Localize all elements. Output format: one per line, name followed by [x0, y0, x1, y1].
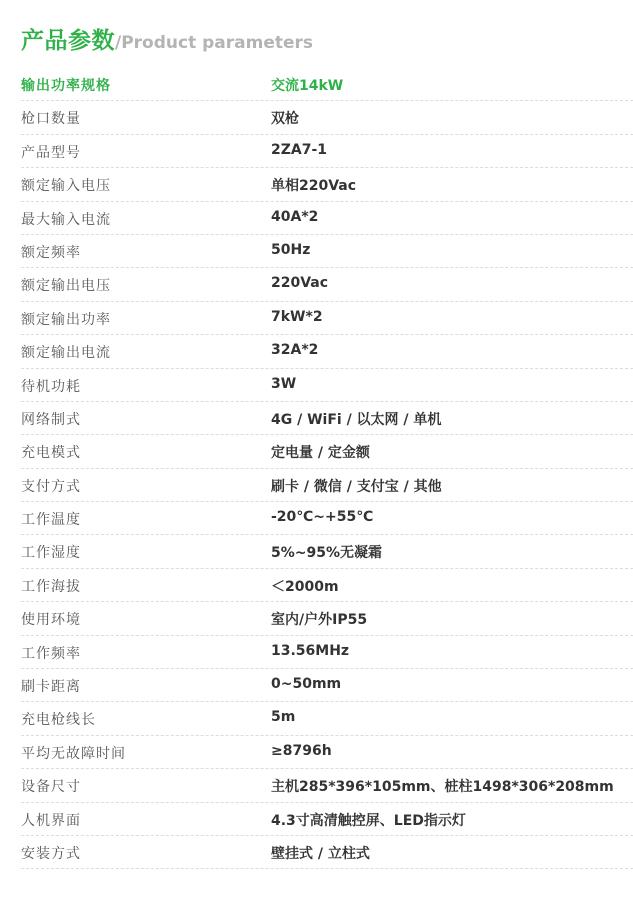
param-row: 充电模式定电量 / 定金额: [21, 435, 633, 468]
param-value: 13.56MHz: [271, 643, 349, 659]
param-value: 室内/户外IP55: [271, 609, 367, 629]
param-row: 安装方式壁挂式 / 立柱式: [21, 836, 633, 869]
param-row: 额定输入电压单相220Vac: [21, 168, 633, 201]
param-label: 额定输出电流: [21, 342, 111, 362]
param-row: 额定输出电流32A*2: [21, 335, 633, 368]
param-value: 交流14kW: [271, 75, 343, 95]
param-value: 32A*2: [271, 342, 318, 358]
param-row: 额定输出电压220Vac: [21, 268, 633, 301]
param-value: 定电量 / 定金额: [271, 442, 370, 462]
param-value: 双枪: [271, 108, 299, 128]
param-label: 枪口数量: [21, 108, 81, 128]
param-row: 工作频率13.56MHz: [21, 636, 633, 669]
param-row: 输出功率规格交流14kW: [21, 68, 633, 101]
param-value: 7kW*2: [271, 309, 323, 325]
param-row: 网络制式4G / WiFi / 以太网 / 单机: [21, 402, 633, 435]
param-label: 额定输出电压: [21, 275, 111, 295]
param-label: 刷卡距离: [21, 676, 81, 696]
param-label: 支付方式: [21, 476, 81, 496]
param-label: 设备尺寸: [21, 776, 81, 796]
param-value: 5m: [271, 709, 295, 725]
param-value: 0~50mm: [271, 676, 341, 692]
param-value: ＜2000m: [271, 576, 339, 596]
param-row: 支付方式刷卡 / 微信 / 支付宝 / 其他: [21, 469, 633, 502]
param-value: 4.3寸高清触控屏、LED指示灯: [271, 810, 466, 830]
param-value: ≥8796h: [271, 743, 332, 759]
param-label: 额定输入电压: [21, 175, 111, 195]
param-row: 刷卡距离0~50mm: [21, 669, 633, 702]
param-row: 最大输入电流40A*2: [21, 202, 633, 235]
param-row: 额定输出功率7kW*2: [21, 302, 633, 335]
param-row: 设备尺寸主机285*396*105mm、桩柱1498*306*208mm: [21, 769, 633, 802]
param-value: 5%~95%无凝霜: [271, 542, 382, 562]
page-title: 产品参数 /Product parameters: [21, 22, 313, 58]
param-value: -20℃~+55℃: [271, 509, 373, 525]
param-label: 工作温度: [21, 509, 81, 529]
param-value: 2ZA7-1: [271, 142, 327, 158]
param-value: 刷卡 / 微信 / 支付宝 / 其他: [271, 476, 442, 496]
param-row: 产品型号2ZA7-1: [21, 135, 633, 168]
param-value: 壁挂式 / 立柱式: [271, 843, 370, 863]
param-value: 单相220Vac: [271, 175, 356, 195]
param-label: 充电模式: [21, 442, 81, 462]
param-label: 工作湿度: [21, 542, 81, 562]
param-row: 平均无故障时间≥8796h: [21, 736, 633, 769]
title-chinese: 产品参数: [21, 22, 115, 55]
param-value: 3W: [271, 376, 296, 392]
param-value: 50Hz: [271, 242, 310, 258]
param-row: 待机功耗3W: [21, 369, 633, 402]
param-row: 枪口数量双枪: [21, 101, 633, 134]
param-label: 输出功率规格: [21, 75, 111, 95]
param-label: 待机功耗: [21, 376, 81, 396]
param-row: 工作湿度5%~95%无凝霜: [21, 535, 633, 568]
param-label: 人机界面: [21, 810, 81, 830]
param-label: 额定输出功率: [21, 309, 111, 329]
param-value: 40A*2: [271, 209, 318, 225]
param-label: 工作海拔: [21, 576, 81, 596]
param-row: 充电枪线长5m: [21, 702, 633, 735]
param-row: 人机界面4.3寸高清触控屏、LED指示灯: [21, 803, 633, 836]
param-row: 工作海拔＜2000m: [21, 569, 633, 602]
param-label: 工作频率: [21, 643, 81, 663]
param-label: 安装方式: [21, 843, 81, 863]
param-value: 220Vac: [271, 275, 328, 291]
param-label: 最大输入电流: [21, 209, 111, 229]
param-label: 平均无故障时间: [21, 743, 126, 763]
param-label: 额定频率: [21, 242, 81, 262]
title-english: /Product parameters: [115, 33, 313, 53]
param-label: 网络制式: [21, 409, 81, 429]
param-label: 产品型号: [21, 142, 81, 162]
param-row: 使用环境室内/户外IP55: [21, 602, 633, 635]
parameters-table: 输出功率规格交流14kW 枪口数量双枪 产品型号2ZA7-1 额定输入电压单相2…: [21, 68, 633, 869]
param-value: 4G / WiFi / 以太网 / 单机: [271, 409, 441, 429]
param-label: 使用环境: [21, 609, 81, 629]
param-value: 主机285*396*105mm、桩柱1498*306*208mm: [271, 776, 614, 796]
param-label: 充电枪线长: [21, 709, 96, 729]
param-row: 工作温度-20℃~+55℃: [21, 502, 633, 535]
param-row: 额定频率50Hz: [21, 235, 633, 268]
